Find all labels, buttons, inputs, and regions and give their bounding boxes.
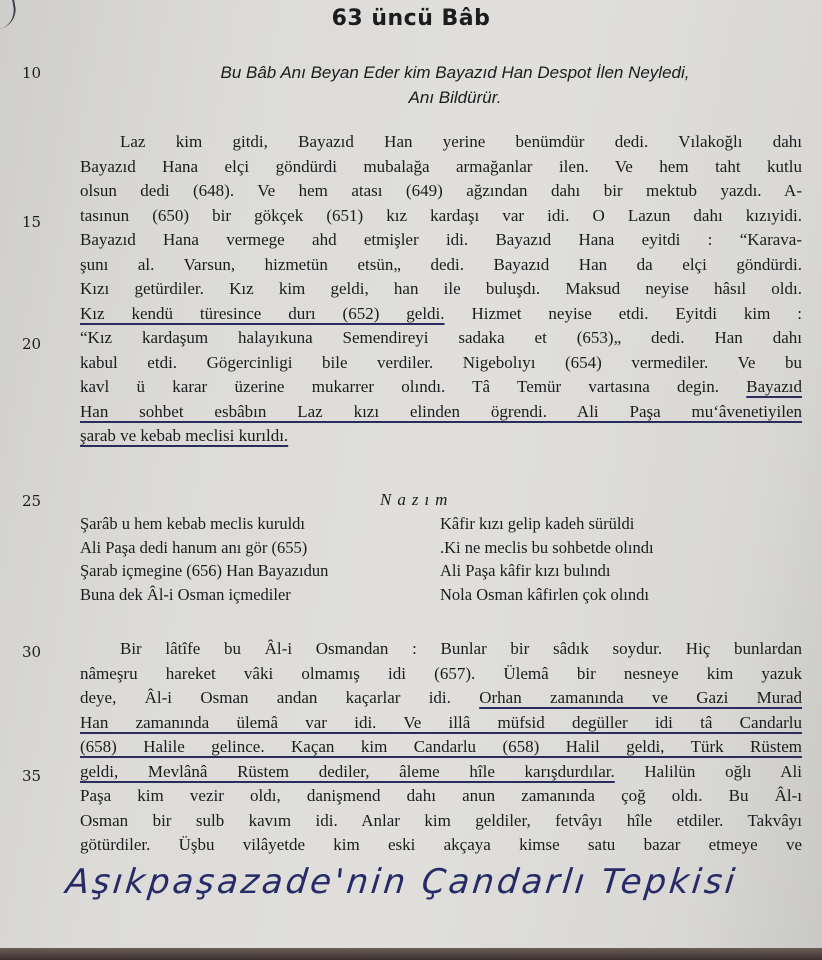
line-number-25: 25 bbox=[22, 492, 41, 510]
text-line: tasınun (650) bir gökçek (651) kız karda… bbox=[80, 204, 802, 229]
verse-heading: Nazım bbox=[380, 490, 453, 510]
text-line: deye, Âl-i Osman andan kaçarlar idi. Orh… bbox=[80, 686, 802, 711]
text-line: Kız kendü türesince durı (652) geldi. Hi… bbox=[80, 302, 802, 327]
text-line: Bayazıd Hana vermege ahd etmişler idi. B… bbox=[80, 228, 802, 253]
verse-left: Buna dek Âl-i Osman içmediler bbox=[80, 583, 440, 607]
text-line: şarab ve kebab meclisi kurıldı. bbox=[80, 424, 802, 449]
text-line: geldi, Mevlânâ Rüstem dediler, âleme hîl… bbox=[80, 760, 802, 785]
underlined-text: Han zamanında ülemâ var idi. Ve illâ müf… bbox=[80, 713, 802, 732]
chapter-subtitle: Bu Bâb Anı Beyan Eder kim Bayazıd Han De… bbox=[110, 60, 800, 110]
line-number-35: 35 bbox=[22, 767, 41, 785]
chapter-title: 63 üncü Bâb bbox=[0, 6, 822, 31]
line-number-30: 30 bbox=[22, 643, 41, 661]
verse-right: .Ki ne meclis bu sohbetde olındı bbox=[440, 536, 654, 560]
handwritten-note: Aşıkpaşazade'nin Çandarlı Tepkisi bbox=[64, 862, 740, 902]
text-line: Paşa kim vezir oldı, danişmend dahı anun… bbox=[80, 784, 802, 809]
line-number-15: 15 bbox=[22, 213, 41, 231]
text-line: Han zamanında ülemâ var idi. Ve illâ müf… bbox=[80, 711, 802, 736]
paragraph-1: Laz kim gitdi, Bayazıd Han yerine benümd… bbox=[80, 130, 802, 449]
underlined-text: Orhan zamanında ve Gazi Murad bbox=[479, 688, 802, 707]
verse-row: Ali Paşa dedi hanum anı gör (655) .Ki ne… bbox=[80, 536, 802, 560]
verse-row: Şarâb u hem kebab meclis kuruldı Kâfir k… bbox=[80, 512, 802, 536]
line-number-10: 10 bbox=[22, 64, 41, 82]
text-line: şunı al. Varsun, hizmetün etsün„ dedi. B… bbox=[80, 253, 802, 278]
text-line: “Kız kardaşum halayıkuna Semendireyi sad… bbox=[80, 326, 802, 351]
text-line: Bir lâtîfe bu Âl-i Osmandan : Bunlar bir… bbox=[80, 637, 802, 662]
verse-left: Şarâb u hem kebab meclis kuruldı bbox=[80, 512, 440, 536]
verse-row: Şarab içmegine (656) Han Bayazıdun Ali P… bbox=[80, 559, 802, 583]
verse-row: Buna dek Âl-i Osman içmediler Nola Osman… bbox=[80, 583, 802, 607]
text-line: olsun dedi (648). Ve hem atası (649) ağz… bbox=[80, 179, 802, 204]
verse-left: Ali Paşa dedi hanum anı gör (655) bbox=[80, 536, 440, 560]
underlined-text: Han sohbet esbâbın Laz kızı elinden ögre… bbox=[80, 402, 802, 421]
text-line: Bayazıd Hana elçi göndürdi mubalağa arma… bbox=[80, 155, 802, 180]
subtitle-line: Bu Bâb Anı Beyan Eder kim Bayazıd Han De… bbox=[110, 60, 800, 85]
text-line: Kızı getürdiler. Kız kim geldi, han ile … bbox=[80, 277, 802, 302]
underlined-text: (658) Halile gelince. Kaçan kim Candarlu… bbox=[80, 737, 802, 756]
underlined-text: Kız kendü türesince durı (652) geldi. bbox=[80, 304, 445, 323]
underlined-text: şarab ve kebab meclisi kurıldı. bbox=[80, 426, 288, 445]
line-number-20: 20 bbox=[22, 335, 41, 353]
subtitle-line: Anı Bildürür. bbox=[110, 85, 800, 110]
verse-right: Nola Osman kâfirlen çok olındı bbox=[440, 583, 649, 607]
text-line: kavl ü karar üzerine mukarrer olındı. Tâ… bbox=[80, 375, 802, 400]
page-edge bbox=[0, 948, 822, 960]
underlined-text: geldi, Mevlânâ Rüstem dediler, âleme hîl… bbox=[80, 762, 615, 781]
text-line: nâmeşru hareket vâki olmamış idi (657). … bbox=[80, 662, 802, 687]
text-line: Han sohbet esbâbın Laz kızı elinden ögre… bbox=[80, 400, 802, 425]
text-line: (658) Halile gelince. Kaçan kim Candarlu… bbox=[80, 735, 802, 760]
text-line: kabul etdi. Gögercinligi bile verdiler. … bbox=[80, 351, 802, 376]
verse-right: Ali Paşa kâfir kızı bulındı bbox=[440, 559, 610, 583]
text-line: Osman bir sulb kavım idi. Anlar kim geld… bbox=[80, 809, 802, 834]
verse-block: Şarâb u hem kebab meclis kuruldı Kâfir k… bbox=[80, 512, 802, 606]
verse-left: Şarab içmegine (656) Han Bayazıdun bbox=[80, 559, 440, 583]
text-line: Laz kim gitdi, Bayazıd Han yerine benümd… bbox=[80, 130, 802, 155]
text-line: götürdiler. Üşbu vilâyetde kim eski akça… bbox=[80, 833, 802, 858]
paragraph-2: Bir lâtîfe bu Âl-i Osmandan : Bunlar bir… bbox=[80, 637, 802, 858]
underlined-text: Bayazıd bbox=[746, 377, 802, 396]
verse-right: Kâfir kızı gelip kadeh sürüldi bbox=[440, 512, 634, 536]
